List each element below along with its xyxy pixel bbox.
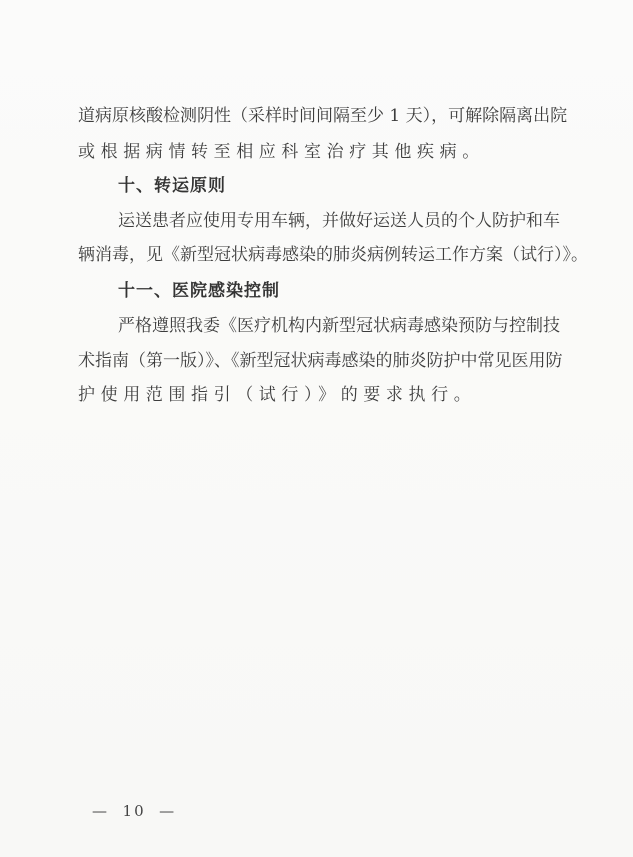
section-heading-infection-control: 十一、医院感染控制 — [118, 280, 280, 302]
paragraph-line: 或根据病情转至相应科室治疗其他疾病。 — [78, 141, 548, 163]
paragraph-line: 护使用范围指引（试行）》的要求执行。 — [78, 384, 548, 406]
page-number: — 10 — — [92, 802, 176, 820]
paragraph-line: 辆消毒，见《新型冠状病毒感染的肺炎病例转运工作方案（试行）》。 — [78, 244, 548, 266]
paragraph-line: 道病原核酸检测阴性（采样时间间隔至少 1 天），可解除隔离出院 — [78, 105, 548, 127]
paragraph-line: 严格遵照我委《医疗机构内新型冠状病毒感染预防与控制技 — [118, 315, 548, 337]
section-heading-transfer: 十、转运原则 — [118, 175, 226, 197]
paragraph-line: 运送患者应使用专用车辆，并做好运送人员的个人防护和车 — [118, 210, 548, 232]
document-page: 道病原核酸检测阴性（采样时间间隔至少 1 天），可解除隔离出院 或根据病情转至相… — [0, 0, 633, 857]
paragraph-line: 术指南（第一版）》、《新型冠状病毒感染的肺炎防护中常见医用防 — [78, 350, 548, 372]
